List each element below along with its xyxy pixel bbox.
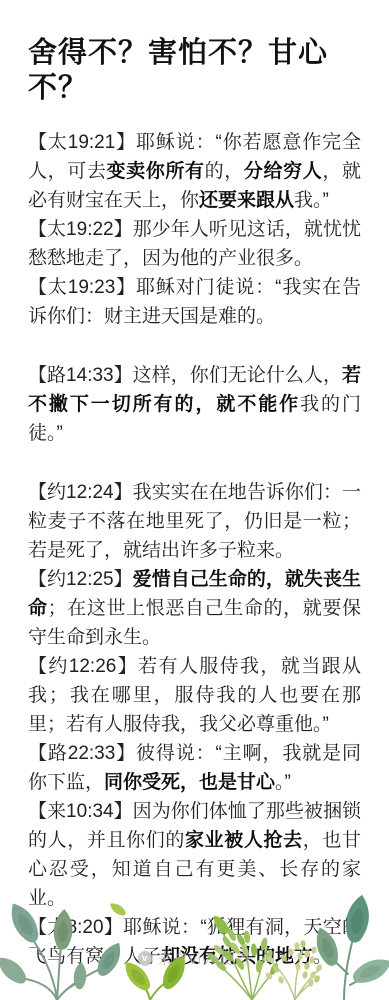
verse-text: 【约12:24】我实实在在地告诉你们：一粒麦子不落在地里死了，仍旧是一粒；若是死… <box>28 482 361 561</box>
verse-text: 【约12:26】若有人服侍我，就当跟从我；我在哪里，服侍我的人也要在那里；若有人… <box>28 656 361 735</box>
verse-text: 。” <box>313 946 329 967</box>
verse-paragraph: 【太19:22】那少年人听见这话，就忧忧愁愁地走了，因为他的产业很多。 <box>28 215 361 273</box>
verse-paragraph: 【太19:21】耶稣说：“你若愿意作完全人，可去变卖你所有的，分给穷人，就必有财… <box>28 128 361 215</box>
verse-text: 我。” <box>294 190 329 211</box>
verse-text: 【路14:33】这样，你们无论什么人， <box>28 365 342 386</box>
verse-emphasis: 同你受死，也是甘心 <box>104 772 275 793</box>
watermark: v 来自vivo便签 <box>137 948 252 969</box>
note-title: 舍得不？害怕不？甘心不？ <box>28 36 361 106</box>
verse-paragraph: 【约12:24】我实实在在地告诉你们：一粒麦子不落在地里死了，仍旧是一粒；若是死… <box>28 478 361 565</box>
verse-emphasis: 变卖你所有 <box>106 161 204 182</box>
note-page: 舍得不？害怕不？甘心不？ 【太19:21】耶稣说：“你若愿意作完全人，可去变卖你… <box>0 0 389 1000</box>
verse-paragraph: 【路14:33】这样，你们无论什么人，若不撇下一切所有的，就不能作我的门徒。” <box>28 361 361 448</box>
verse-text: ；在这世上恨恶自己生命的，就要保守生命到永生。 <box>28 598 361 648</box>
verse-paragraph: 【约12:25】爱惜自己生命的，就失丧生命；在这世上恨恶自己生命的，就要保守生命… <box>28 565 361 652</box>
verse-list: 【太19:21】耶稣说：“你若愿意作完全人，可去变卖你所有的，分给穷人，就必有财… <box>28 128 361 971</box>
watermark-text: 来自vivo便签 <box>157 948 252 969</box>
verse-text: 【约12:25】 <box>28 569 133 590</box>
verse-text: 的， <box>205 161 244 182</box>
verse-paragraph: 【太19:23】耶稣对门徒说：“我实在告诉你们：财主进天国是难的。 <box>28 273 361 331</box>
vivo-logo-icon: v <box>137 951 152 966</box>
verse-emphasis: 家业被人抢去 <box>185 830 303 851</box>
verse-text: 【太19:22】那少年人听见这话，就忧忧愁愁地走了，因为他的产业很多。 <box>28 219 361 269</box>
verse-paragraph: 【约12:26】若有人服侍我，就当跟从我；我在哪里，服侍我的人也要在那里；若有人… <box>28 652 361 739</box>
verse-emphasis: 分给穷人 <box>244 161 322 182</box>
verse-paragraph: 【来10:34】因为你们体恤了那些被捆锁的人，并且你们的家业被人抢去，也甘心忍受… <box>28 797 361 913</box>
verse-emphasis: 还要来跟从 <box>199 190 294 211</box>
verse-text: 【太19:23】耶稣对门徒说：“我实在告诉你们：财主进天国是难的。 <box>28 277 361 327</box>
verse-paragraph: 【路22:33】彼得说：“主啊，我就是同你下监，同你受死，也是甘心。” <box>28 739 361 797</box>
verse-text: 。” <box>275 772 291 793</box>
